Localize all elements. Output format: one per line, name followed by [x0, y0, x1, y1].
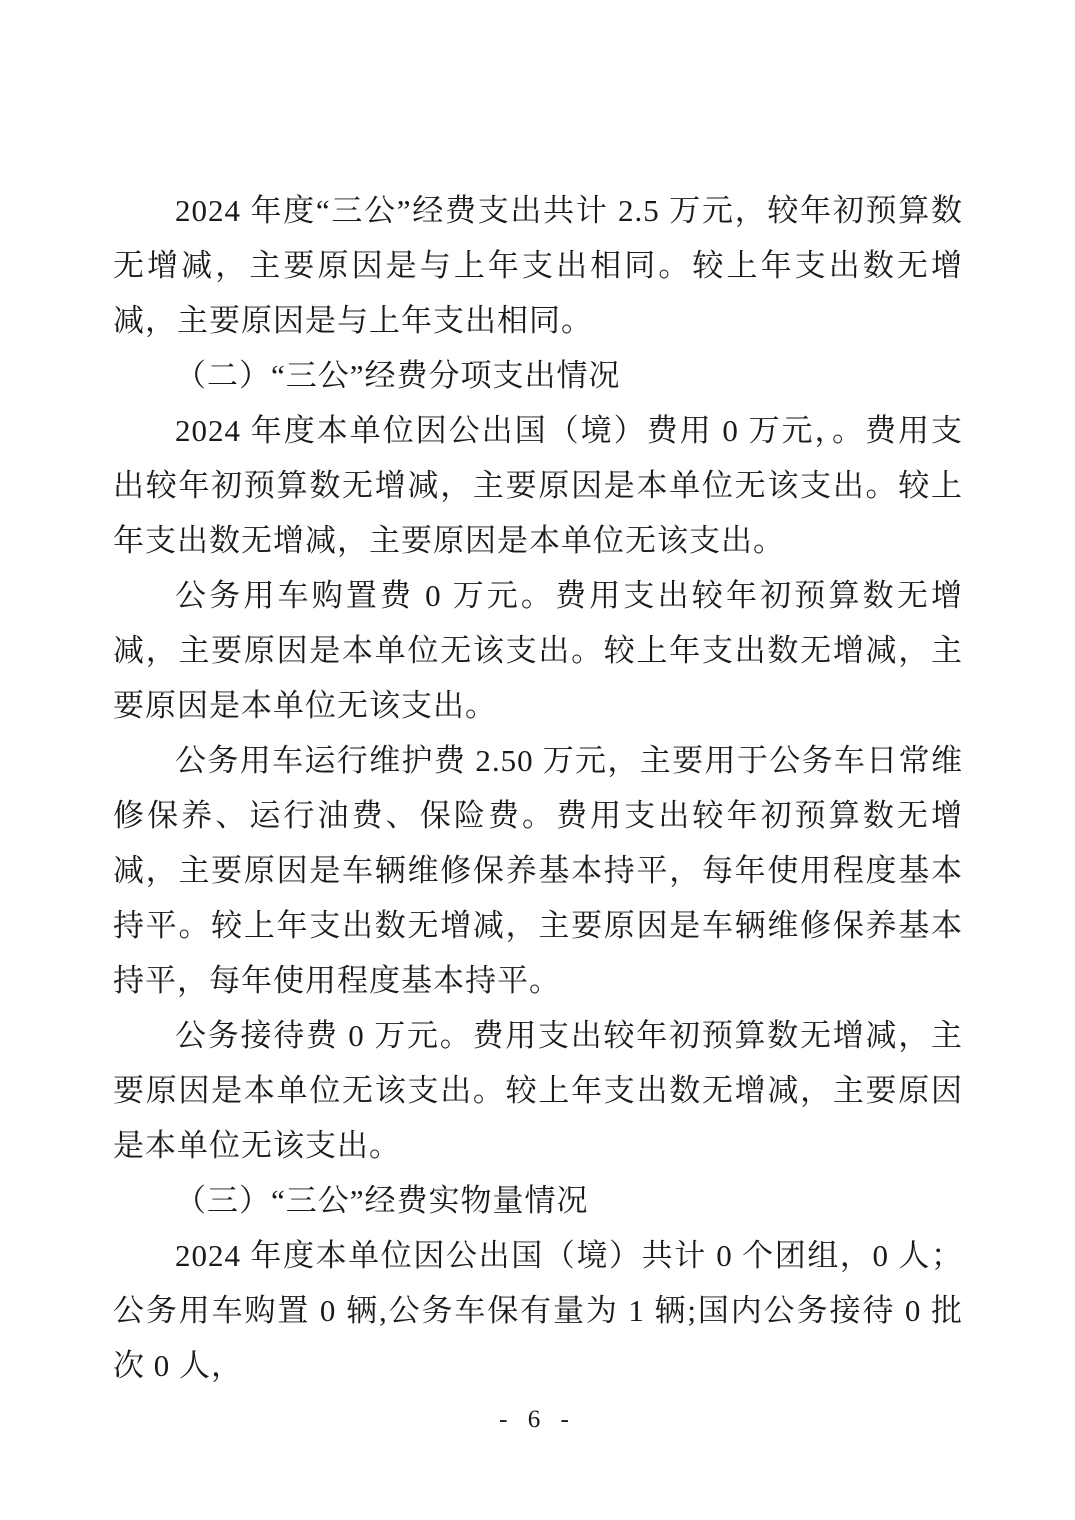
paragraph-vehicle-purchase-expense: 公务用车购置费 0 万元。费用支出较年初预算数无增减，主要原因是本单位无该支出。… [113, 568, 963, 733]
section-heading-physical-quantity: （三）“三公”经费实物量情况 [113, 1173, 963, 1228]
page-number: - 6 - [0, 1402, 1075, 1438]
paragraph-official-reception-expense: 公务接待费 0 万元。费用支出较年初预算数无增减，主要原因是本单位无该支出。较上… [113, 1008, 963, 1173]
paragraph-physical-quantity-detail: 2024 年度本单位因公出国（境）共计 0 个团组，0 人；公务用车购置 0 辆… [113, 1228, 963, 1393]
document-body: 2024 年度“三公”经费支出共计 2.5 万元，较年初预算数无增减，主要原因是… [113, 183, 963, 1393]
paragraph-summary-total: 2024 年度“三公”经费支出共计 2.5 万元，较年初预算数无增减，主要原因是… [113, 183, 963, 348]
section-heading-itemized-expenditure: （二）“三公”经费分项支出情况 [113, 348, 963, 403]
paragraph-vehicle-maintenance-expense: 公务用车运行维护费 2.50 万元，主要用于公务车日常维修保养、运行油费、保险费… [113, 733, 963, 1008]
paragraph-overseas-travel-expense: 2024 年度本单位因公出国（境）费用 0 万元，。费用支出较年初预算数无增减，… [113, 403, 963, 568]
document-page: 2024 年度“三公”经费支出共计 2.5 万元，较年初预算数无增减，主要原因是… [0, 0, 1075, 1520]
